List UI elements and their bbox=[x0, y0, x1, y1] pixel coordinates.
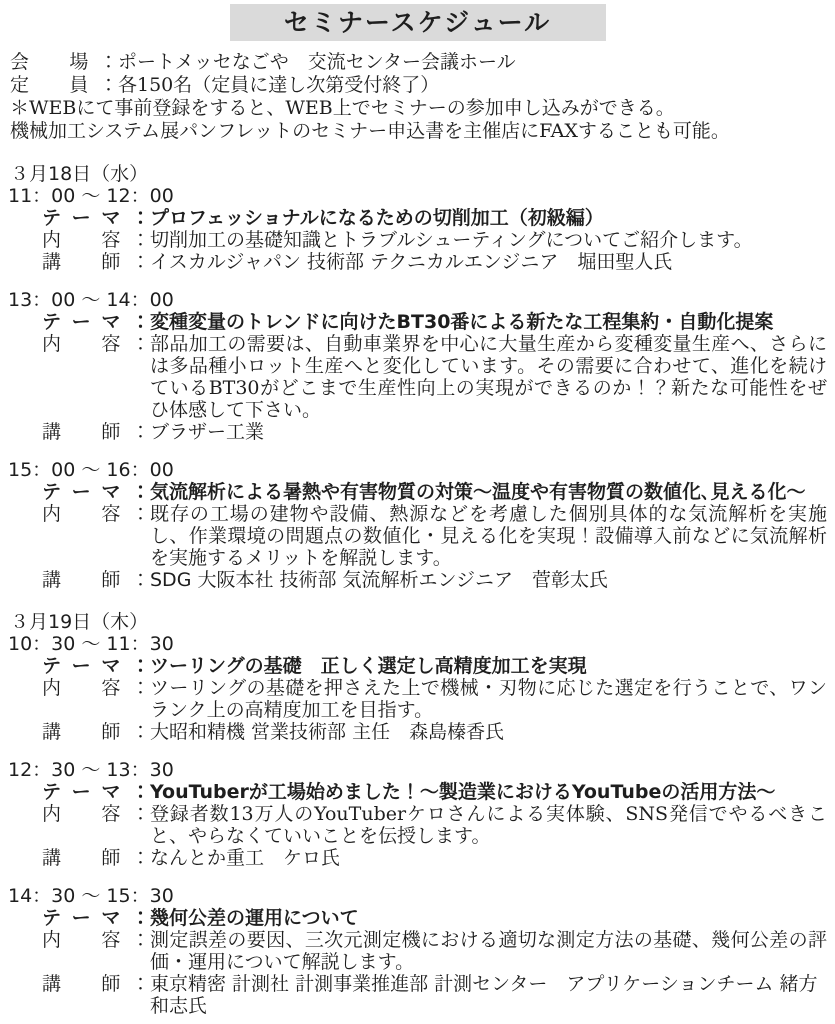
theme-row: テーマ： 変種変量のトレンドに向けたBT30番による新たな工程集約・自動化提案 bbox=[8, 311, 827, 333]
theme-row: テーマ： YouTuberが工場始めました！～製造業におけるYouTubeの活用… bbox=[8, 781, 827, 803]
venue-label: 会 場： bbox=[10, 51, 118, 74]
day-section-march18: ３月18日（水） 11：00 ～ 12：00 テーマ： プロフェッショナルになる… bbox=[8, 163, 827, 591]
lecturer-row: 講 師： ブラザー工業 bbox=[8, 421, 827, 443]
day-date: ３月18日（水） bbox=[8, 163, 827, 185]
content-row: 内 容： 登録者数13万人のYouTuberケロさんによる実体験、SNS発信でや… bbox=[8, 803, 827, 847]
session-lecturer: 大昭和精機 営業技術部 主任 森島榛香氏 bbox=[150, 721, 827, 743]
session-content: 登録者数13万人のYouTuberケロさんによる実体験、SNS発信でやるべきこと… bbox=[150, 803, 827, 847]
session-block: 12：30 ～ 13：30 テーマ： YouTuberが工場始めました！～製造業… bbox=[8, 759, 827, 869]
lecturer-label: 講 師： bbox=[42, 251, 150, 273]
theme-label: テーマ： bbox=[42, 481, 150, 503]
session-theme: 変種変量のトレンドに向けたBT30番による新たな工程集約・自動化提案 bbox=[150, 311, 827, 333]
fax-note: 機械加工システム展パンフレットのセミナー申込書を主催店にFAXすることも可能。 bbox=[8, 120, 827, 143]
session-theme: 気流解析による暑熱や有害物質の対策～温度や有害物質の数値化､見える化～ bbox=[150, 481, 827, 503]
content-label: 内 容： bbox=[42, 677, 150, 699]
lecturer-label: 講 師： bbox=[42, 973, 150, 995]
venue-info-section: 会 場： ポートメッセなごや 交流センター会議ホール 定 員： 各150名（定員… bbox=[8, 51, 827, 143]
session-time: 11：00 ～ 12：00 bbox=[8, 185, 827, 207]
day-section-march19: ３月19日（木） 10：30 ～ 11：30 テーマ： ツーリングの基礎 正しく… bbox=[8, 611, 827, 1017]
session-block: 11：00 ～ 12：00 テーマ： プロフェッショナルになるための切削加工（初… bbox=[8, 185, 827, 273]
session-time: 14：30 ～ 15：30 bbox=[8, 885, 827, 907]
lecturer-label: 講 師： bbox=[42, 721, 150, 743]
capacity-value: 各150名（定員に達し次第受付終了） bbox=[118, 74, 827, 97]
content-label: 内 容： bbox=[42, 229, 150, 251]
day-date: ３月19日（木） bbox=[8, 611, 827, 633]
theme-label: テーマ： bbox=[42, 655, 150, 677]
content-row: 内 容： 部品加工の需要は、自動車業界を中心に大量生産から変種変量生産へ、さらに… bbox=[8, 333, 827, 421]
theme-row: テーマ： ツーリングの基礎 正しく選定し高精度加工を実現 bbox=[8, 655, 827, 677]
content-row: 内 容： 測定誤差の要因、三次元測定機における適切な測定方法の基礎、幾何公差の評… bbox=[8, 929, 827, 973]
content-row: 内 容： ツーリングの基礎を押さえた上で機械・刃物に応じた選定を行うことで、ワン… bbox=[8, 677, 827, 721]
theme-label: テーマ： bbox=[42, 781, 150, 803]
session-time: 13：00 ～ 14：00 bbox=[8, 289, 827, 311]
content-row: 内 容： 既存の工場の建物や設備、熱源などを考慮した個別具体的な気流解析を実施し… bbox=[8, 503, 827, 569]
session-theme: YouTuberが工場始めました！～製造業におけるYouTubeの活用方法～ bbox=[150, 781, 827, 803]
session-lecturer: ブラザー工業 bbox=[150, 421, 827, 443]
session-content: 測定誤差の要因、三次元測定機における適切な測定方法の基礎、幾何公差の評価・運用に… bbox=[150, 929, 827, 973]
page-title: セミナースケジュール bbox=[284, 8, 551, 37]
session-block: 13：00 ～ 14：00 テーマ： 変種変量のトレンドに向けたBT30番による… bbox=[8, 289, 827, 443]
session-time: 12：30 ～ 13：30 bbox=[8, 759, 827, 781]
session-lecturer: イスカルジャパン 技術部 テクニカルエンジニア 堀田聖人氏 bbox=[150, 251, 827, 273]
theme-row: テーマ： プロフェッショナルになるための切削加工（初級編） bbox=[8, 207, 827, 229]
lecturer-row: 講 師： 大昭和精機 営業技術部 主任 森島榛香氏 bbox=[8, 721, 827, 743]
session-time: 15：00 ～ 16：00 bbox=[8, 459, 827, 481]
lecturer-label: 講 師： bbox=[42, 421, 150, 443]
session-lecturer: SDG 大阪本社 技術部 気流解析エンジニア 菅彰太氏 bbox=[150, 569, 827, 591]
lecturer-row: 講 師： SDG 大阪本社 技術部 気流解析エンジニア 菅彰太氏 bbox=[8, 569, 827, 591]
content-label: 内 容： bbox=[42, 333, 150, 355]
session-lecturer: 東京精密 計測社 計測事業推進部 計測センター アプリケーションチーム 緒方和志… bbox=[150, 973, 827, 1017]
content-label: 内 容： bbox=[42, 803, 150, 825]
session-block: 10：30 ～ 11：30 テーマ： ツーリングの基礎 正しく選定し高精度加工を… bbox=[8, 633, 827, 743]
session-block: 15：00 ～ 16：00 テーマ： 気流解析による暑熱や有害物質の対策～温度や… bbox=[8, 459, 827, 591]
session-content: 切削加工の基礎知識とトラブルシューティングについてご紹介します。 bbox=[150, 229, 827, 251]
theme-label: テーマ： bbox=[42, 207, 150, 229]
theme-row: テーマ： 気流解析による暑熱や有害物質の対策～温度や有害物質の数値化､見える化～ bbox=[8, 481, 827, 503]
web-registration-note: ＊WEBにて事前登録をすると、WEB上でセミナーの参加申し込みができる。 bbox=[8, 97, 827, 120]
lecturer-row: 講 師： イスカルジャパン 技術部 テクニカルエンジニア 堀田聖人氏 bbox=[8, 251, 827, 273]
session-lecturer: なんとか重工 ケロ氏 bbox=[150, 847, 827, 869]
session-theme: 幾何公差の運用について bbox=[150, 907, 827, 929]
session-theme: プロフェッショナルになるための切削加工（初級編） bbox=[150, 207, 827, 229]
seminar-schedule-page: セミナースケジュール 会 場： ポートメッセなごや 交流センター会議ホール 定 … bbox=[0, 0, 835, 1024]
lecturer-label: 講 師： bbox=[42, 569, 150, 591]
venue-value: ポートメッセなごや 交流センター会議ホール bbox=[118, 51, 827, 74]
session-block: 14：30 ～ 15：30 テーマ： 幾何公差の運用について 内 容： 測定誤差… bbox=[8, 885, 827, 1017]
theme-label: テーマ： bbox=[42, 311, 150, 333]
session-content: 部品加工の需要は、自動車業界を中心に大量生産から変種変量生産へ、さらには多品種小… bbox=[150, 333, 827, 421]
session-content: ツーリングの基礎を押さえた上で機械・刃物に応じた選定を行うことで、ワンランク上の… bbox=[150, 677, 827, 721]
session-time: 10：30 ～ 11：30 bbox=[8, 633, 827, 655]
session-theme: ツーリングの基礎 正しく選定し高精度加工を実現 bbox=[150, 655, 827, 677]
theme-row: テーマ： 幾何公差の運用について bbox=[8, 907, 827, 929]
page-title-banner: セミナースケジュール bbox=[230, 4, 606, 41]
lecturer-label: 講 師： bbox=[42, 847, 150, 869]
venue-line: 会 場： ポートメッセなごや 交流センター会議ホール bbox=[8, 51, 827, 74]
capacity-label: 定 員： bbox=[10, 74, 118, 97]
lecturer-row: 講 師： 東京精密 計測社 計測事業推進部 計測センター アプリケーションチーム… bbox=[8, 973, 827, 1017]
theme-label: テーマ： bbox=[42, 907, 150, 929]
content-label: 内 容： bbox=[42, 929, 150, 951]
session-content: 既存の工場の建物や設備、熱源などを考慮した個別具体的な気流解析を実施し、作業環境… bbox=[150, 503, 827, 569]
content-row: 内 容： 切削加工の基礎知識とトラブルシューティングについてご紹介します。 bbox=[8, 229, 827, 251]
content-label: 内 容： bbox=[42, 503, 150, 525]
lecturer-row: 講 師： なんとか重工 ケロ氏 bbox=[8, 847, 827, 869]
capacity-line: 定 員： 各150名（定員に達し次第受付終了） bbox=[8, 74, 827, 97]
